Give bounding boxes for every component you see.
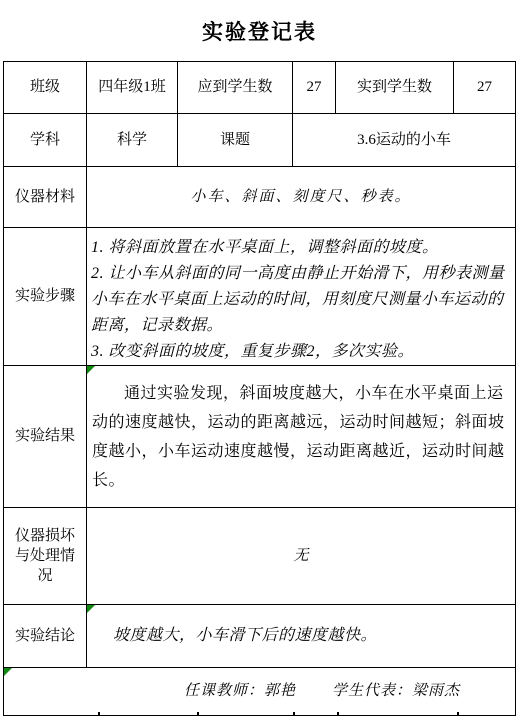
class-value: 四年级1班	[87, 62, 178, 114]
damage-value: 无	[87, 508, 516, 605]
table-row: 任课教师：郭艳 学生代表：梁雨杰	[4, 668, 516, 716]
table-row: 实验步骤 1. 将斜面放置在水平桌面上，调整斜面的坡度。 2. 让小车从斜面的同…	[4, 228, 516, 366]
cell-corner-marker-icon	[87, 366, 95, 374]
materials-value: 小车、斜面、刻度尺、秒表。	[87, 167, 516, 228]
materials-label: 仪器材料	[4, 167, 87, 228]
step-item: 2. 让小车从斜面的同一高度由静止开始滑下，用秒表测量小车在水平桌面上运动的时间…	[91, 261, 509, 339]
cutoff-border-tick	[98, 712, 100, 716]
result-text: 通过实验发现，斜面坡度越大，小车在水平桌面上运动的速度越快，运动的距离越远，运动…	[92, 379, 507, 495]
table-row: 学科 科学 课题 3.6运动的小车	[4, 114, 516, 167]
teacher-signature: 任课教师：郭艳	[184, 681, 296, 701]
expected-students-label: 应到学生数	[178, 62, 293, 114]
page-title: 实验登记表	[0, 16, 519, 46]
subject-label: 学科	[4, 114, 87, 167]
table-row: 班级 四年级1班 应到学生数 27 实到学生数 27	[4, 62, 516, 114]
step-item: 3. 改变斜面的坡度，重复步骤2，多次实验。	[91, 339, 509, 365]
actual-students-label: 实到学生数	[336, 62, 454, 114]
cell-corner-marker-icon	[87, 605, 95, 613]
result-value: 通过实验发现，斜面坡度越大，小车在水平桌面上运动的速度越快，运动的距离越远，运动…	[87, 366, 516, 508]
conclusion-text: 坡度越大，小车滑下后的速度越快。	[113, 627, 377, 644]
class-label: 班级	[4, 62, 87, 114]
table-row: 仪器材料 小车、斜面、刻度尺、秒表。	[4, 167, 516, 228]
signature-row: 任课教师：郭艳 学生代表：梁雨杰	[4, 668, 516, 716]
cutoff-border-tick	[457, 712, 459, 716]
topic-label: 课题	[178, 114, 293, 167]
actual-students-value: 27	[454, 62, 516, 114]
subject-value: 科学	[87, 114, 178, 167]
table-row: 仪器损坏与处理情况 无	[4, 508, 516, 605]
student-signature: 学生代表：梁雨杰	[332, 681, 460, 701]
table-row: 实验结果 通过实验发现，斜面坡度越大，小车在水平桌面上运动的速度越快，运动的距离…	[4, 366, 516, 508]
expected-students-value: 27	[293, 62, 336, 114]
cutoff-border-tick	[197, 712, 199, 716]
cutoff-border-tick	[337, 712, 339, 716]
cell-corner-marker-icon	[4, 668, 12, 676]
damage-label: 仪器损坏与处理情况	[4, 508, 87, 605]
steps-value: 1. 将斜面放置在水平桌面上，调整斜面的坡度。 2. 让小车从斜面的同一高度由静…	[87, 228, 516, 366]
conclusion-label: 实验结论	[4, 605, 87, 668]
topic-value: 3.6运动的小车	[293, 114, 516, 167]
steps-label: 实验步骤	[4, 228, 87, 366]
result-label: 实验结果	[4, 366, 87, 508]
table-row: 实验结论 坡度越大，小车滑下后的速度越快。	[4, 605, 516, 668]
conclusion-value: 坡度越大，小车滑下后的速度越快。	[87, 605, 516, 668]
step-item: 1. 将斜面放置在水平桌面上，调整斜面的坡度。	[91, 235, 509, 261]
experiment-form-table: 班级 四年级1班 应到学生数 27 实到学生数 27 学科 科学 课题 3.6运…	[3, 61, 516, 716]
cutoff-border-tick	[293, 712, 295, 716]
